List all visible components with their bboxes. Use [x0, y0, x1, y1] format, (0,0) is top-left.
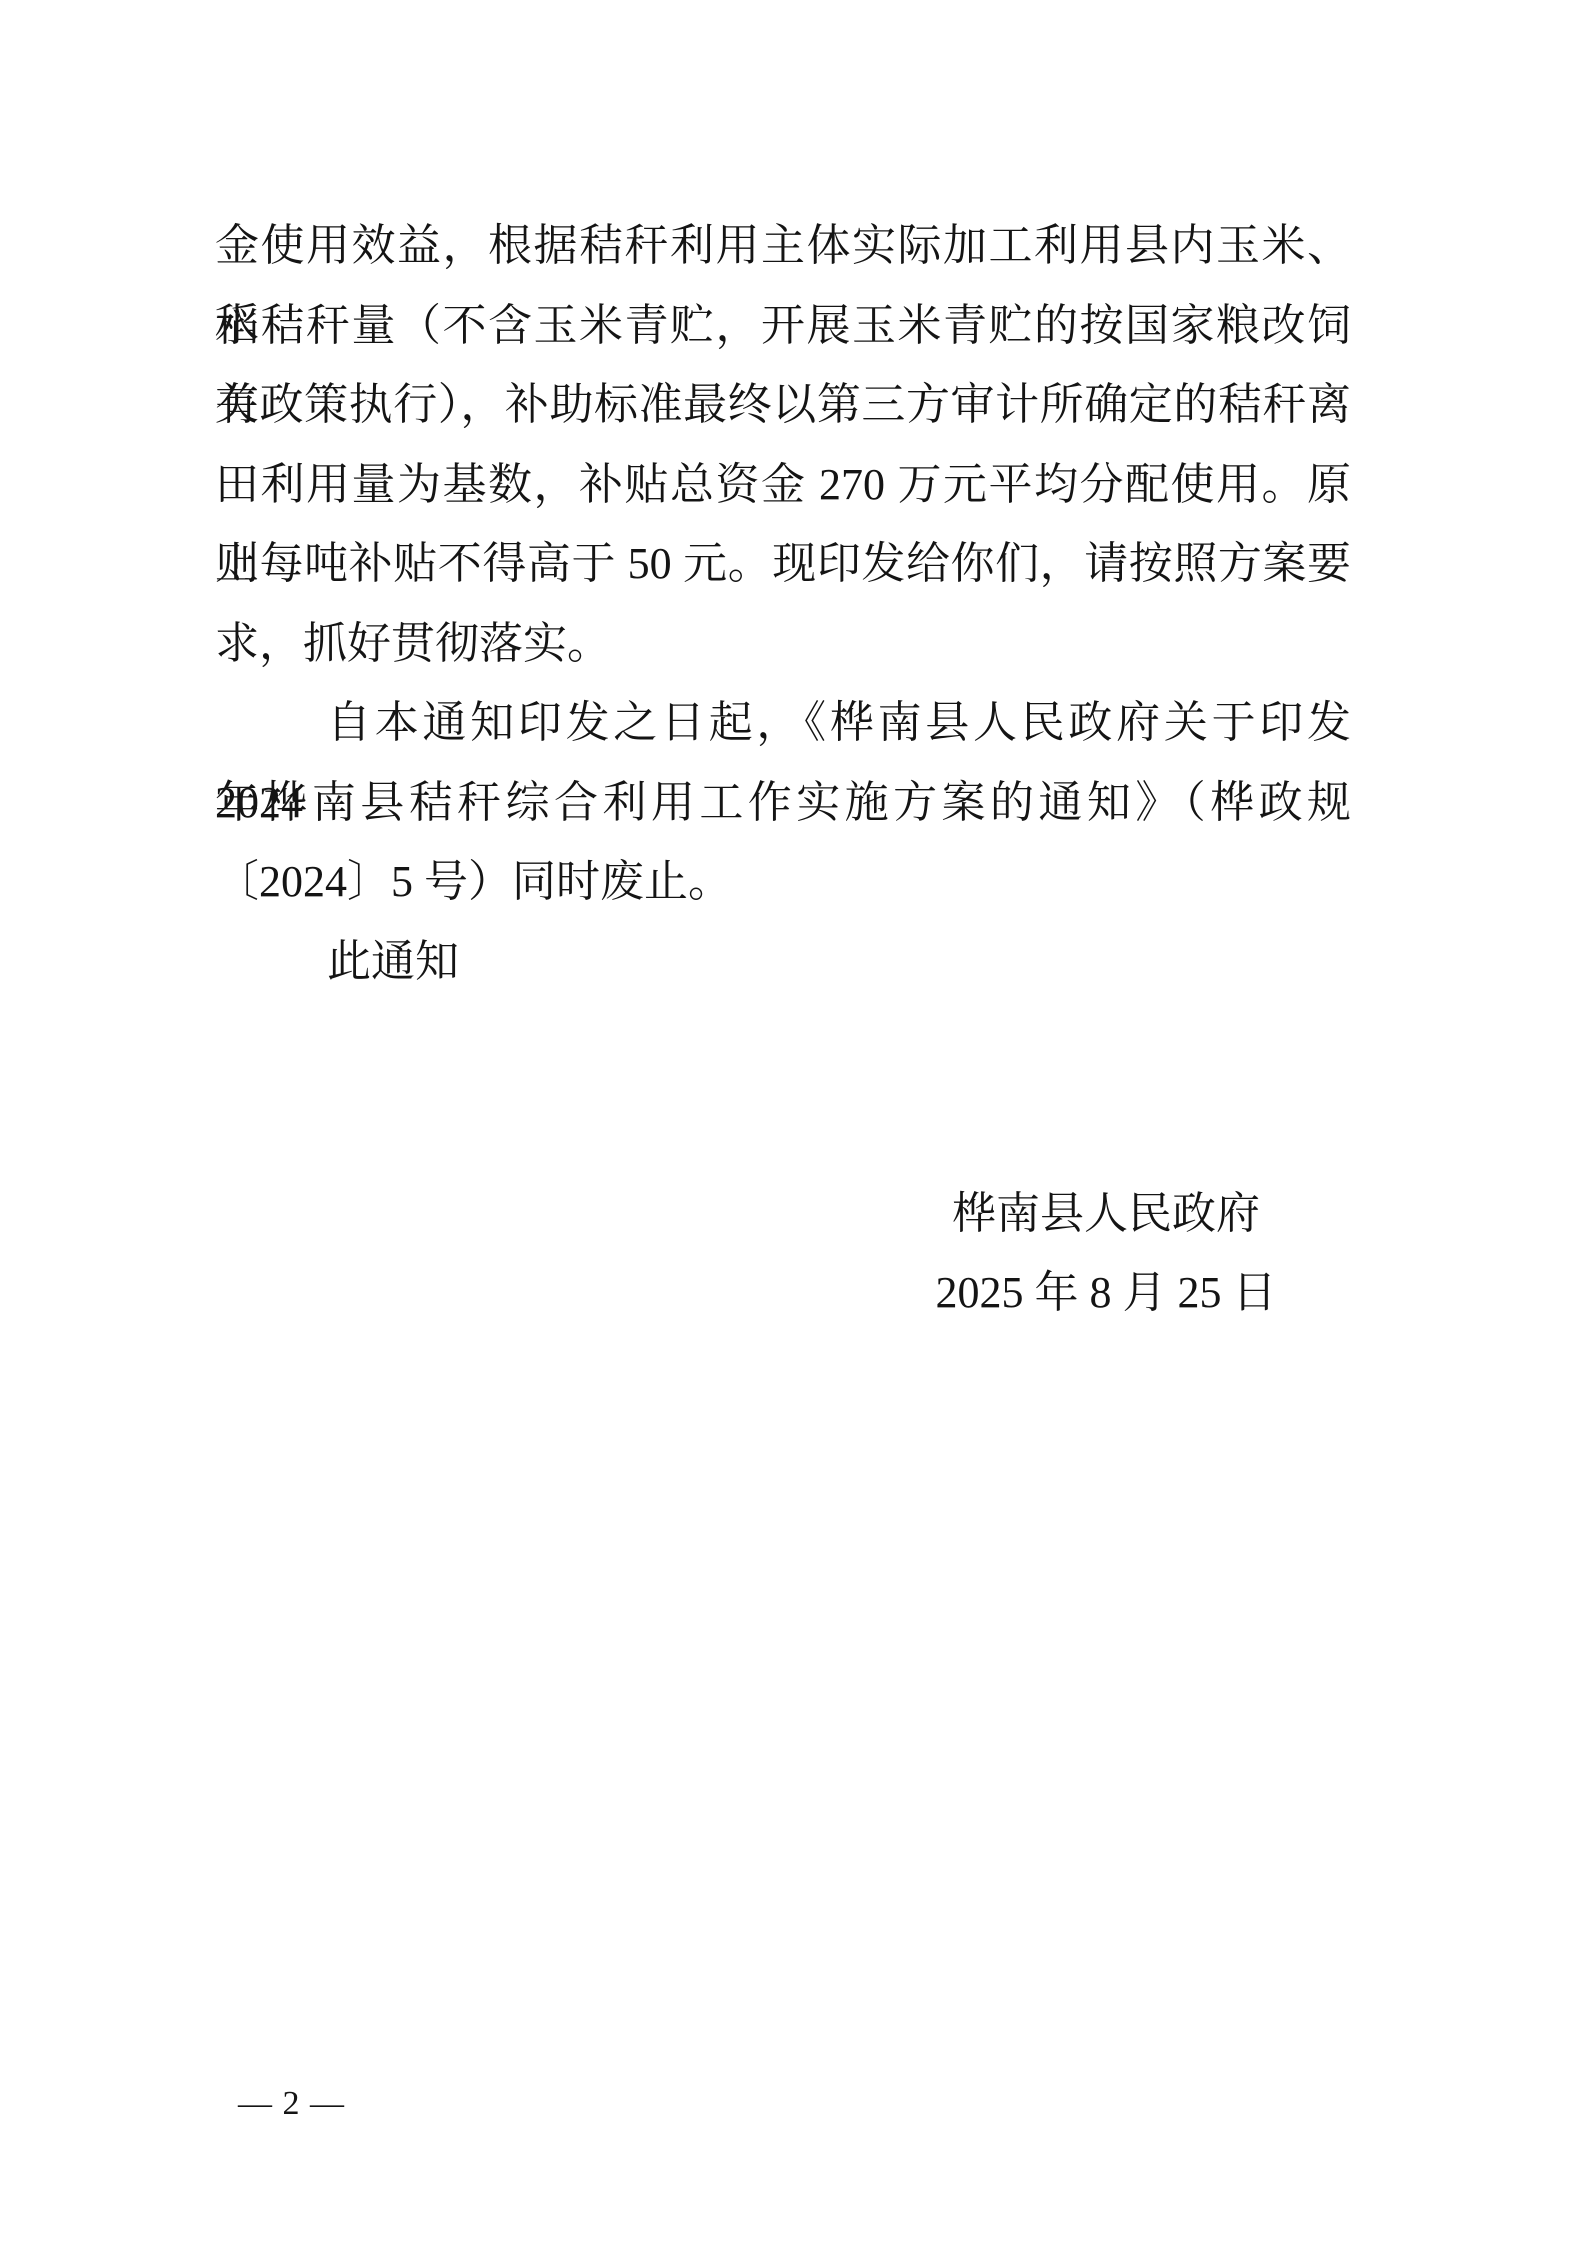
signature-organization: 桦南县人民政府: [880, 1174, 1332, 1253]
body-line-1: 金使用效益，根据秸秆利用主体实际加工利用县内玉米、水: [215, 206, 1351, 286]
body-line-9: 〔2024〕5 号）同时废止。: [215, 842, 1351, 922]
body-line-7: 自本通知印发之日起，《桦南县人民政府关于印发 2024: [215, 683, 1351, 763]
page-number: — 2 —: [238, 2086, 345, 2122]
body-line-5: 上每吨补贴不得高于 50 元。现印发给你们，请按照方案要: [215, 524, 1351, 604]
body-line-8: 年桦南县秸秆综合利用工作实施方案的通知》（桦政规: [215, 763, 1351, 843]
body-line-10: 此通知: [215, 922, 1351, 1002]
body-line-3: 关政策执行），补助标准最终以第三方审计所确定的秸秆离: [215, 365, 1351, 445]
document-body: 金使用效益，根据秸秆利用主体实际加工利用县内玉米、水 稻秸秆量（不含玉米青贮，开…: [215, 206, 1351, 1001]
document-page: 金使用效益，根据秸秆利用主体实际加工利用县内玉米、水 稻秸秆量（不含玉米青贮，开…: [0, 0, 1587, 2245]
body-line-6: 求，抓好贯彻落实。: [215, 604, 1351, 684]
body-line-4: 田利用量为基数，补贴总资金 270 万元平均分配使用。原则: [215, 445, 1351, 525]
signature-block: 桦南县人民政府 2025 年 8 月 25 日: [880, 1174, 1332, 1332]
signature-date: 2025 年 8 月 25 日: [880, 1253, 1332, 1332]
body-line-2: 稻秸秆量（不含玉米青贮，开展玉米青贮的按国家粮改饲有: [215, 286, 1351, 366]
